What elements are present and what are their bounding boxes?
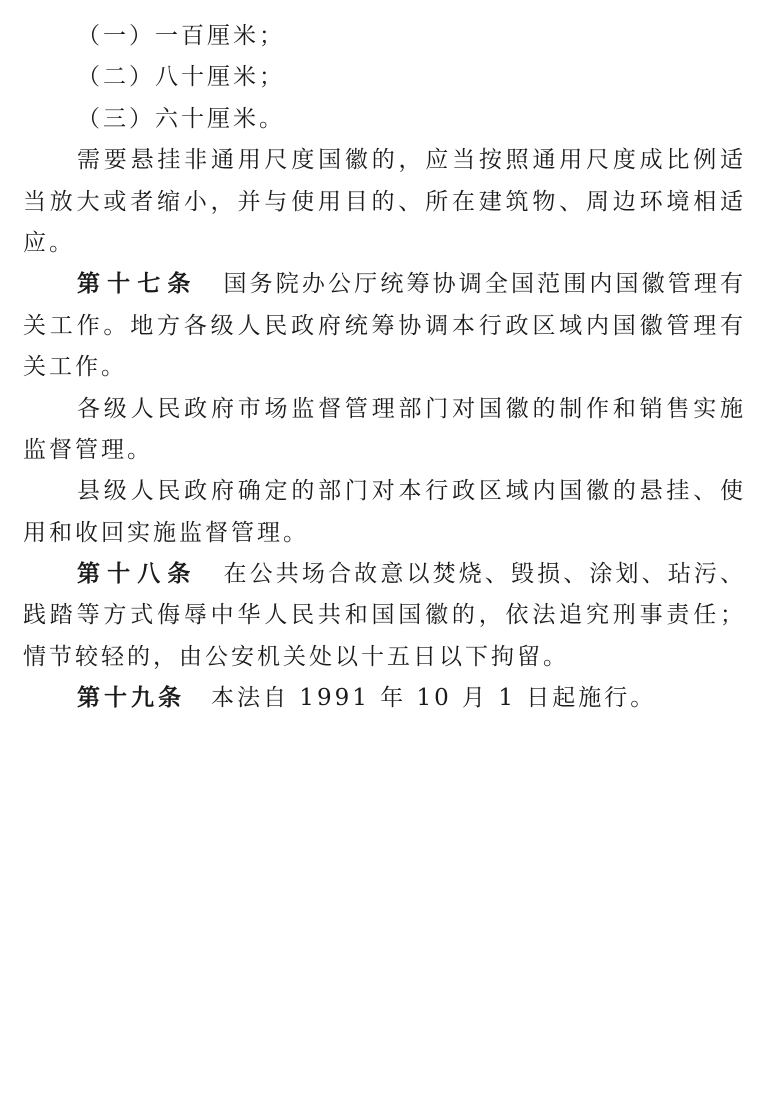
list-item-size-3: （三）六十厘米。 [23,99,743,140]
article-19-text: 本法自 1991 年 10 月 1 日起施行。 [211,685,656,711]
article-17-line-2: 关工作。地方各级人民政府统筹协调本行政区域内国徽管理有 [23,306,743,347]
article-19-heading: 第十九条 [77,685,185,711]
paragraph-market-supervision-line-2: 监督管理。 [23,430,743,471]
article-18-line-3: 情节较轻的，由公安机关处以十五日以下拘留。 [23,637,743,678]
paragraph-county-line-2: 用和收回实施监督管理。 [23,513,743,554]
article-17-line-1: 第十七条国务院办公厅统筹协调全国范围内国徽管理有 [23,264,743,305]
article-18-text: 在公共场合故意以焚烧、毁损、涂划、玷污、 [224,561,743,587]
line-text: （三）六十厘米。 [77,106,285,132]
line-text: （二）八十厘米； [77,64,285,90]
list-item-size-1: （一）一百厘米； [23,16,743,57]
paragraph-nonstandard-size-line-1: 需要悬挂非通用尺度国徽的，应当按照通用尺度成比例适 [23,140,743,181]
article-18-line-2: 践踏等方式侮辱中华人民共和国国徽的，依法追究刑事责任； [23,595,743,636]
paragraph-nonstandard-size-line-2: 当放大或者缩小，并与使用目的、所在建筑物、周边环境相适 [23,182,743,223]
paragraph-county-line-1: 县级人民政府确定的部门对本行政区域内国徽的悬挂、使 [23,471,743,512]
article-17-text: 国务院办公厅统筹协调全国范围内国徽管理有 [224,271,743,297]
paragraph-nonstandard-size-line-3: 应。 [23,223,743,264]
article-19-line-1: 第十九条本法自 1991 年 10 月 1 日起施行。 [23,678,743,719]
article-18-line-1: 第十八条在公共场合故意以焚烧、毁损、涂划、玷污、 [23,554,743,595]
document-page: （一）一百厘米； （二）八十厘米； （三）六十厘米。 需要悬挂非通用尺度国徽的，… [23,16,743,720]
article-17-heading: 第十七条 [77,271,198,297]
article-18-heading: 第十八条 [77,561,198,587]
article-17-line-3: 关工作。 [23,347,743,388]
paragraph-market-supervision-line-1: 各级人民政府市场监督管理部门对国徽的制作和销售实施 [23,389,743,430]
line-text: （一）一百厘米； [77,23,285,49]
list-item-size-2: （二）八十厘米； [23,57,743,98]
